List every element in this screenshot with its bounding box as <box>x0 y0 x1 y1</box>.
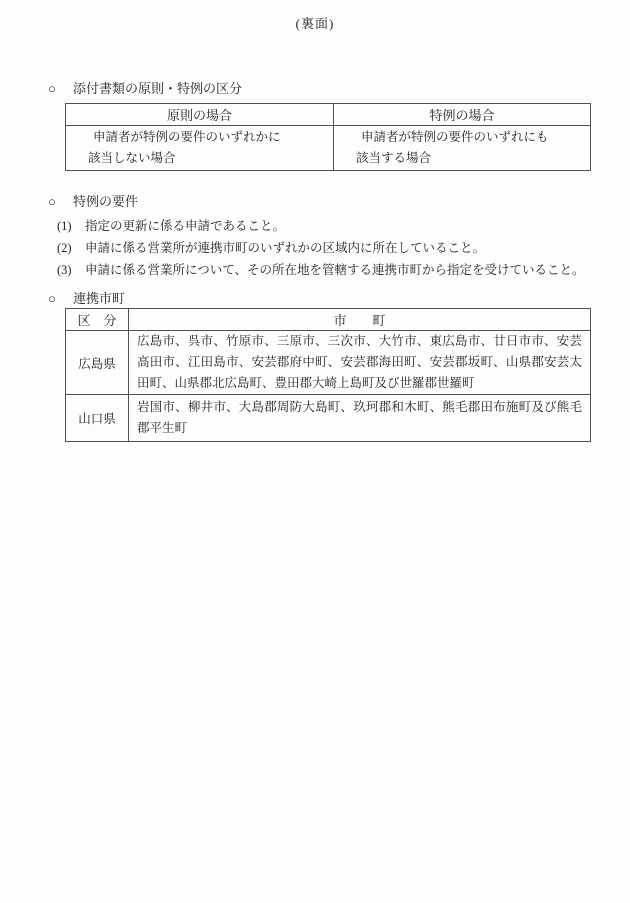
principle-case-header: 原則の場合 <box>66 104 334 126</box>
item-number: (3) <box>57 259 85 281</box>
exception-case-header: 特例の場合 <box>334 104 591 126</box>
item-number: (2) <box>57 237 85 259</box>
principle-case-cell: 申請者が特例の要件のいずれかに 該当しない場合 <box>66 126 334 171</box>
municipalities-cell: 広島市、呉市、竹原市、三原市、三次市、大竹市、東広島市、廿日市市、安芸高田市、江… <box>129 331 591 395</box>
backside-label: (裏面) <box>0 13 630 32</box>
classification-header: 区 分 <box>66 309 129 331</box>
prefecture-cell: 広島県 <box>66 331 129 395</box>
circle-bullet-icon: ○ <box>48 194 73 210</box>
section-municipalities-heading: ○ 連携市町 <box>48 291 125 307</box>
municipalities-table: 区 分 市 町 広島県 広島市、呉市、竹原市、三原市、三次市、大竹市、東広島市、… <box>65 308 591 442</box>
section-requirements-heading: ○ 特例の要件 <box>48 194 138 210</box>
list-item: (3) 申請に係る営業所について、その所在地を管轄する連携市町から指定を受けてい… <box>57 259 585 281</box>
table-row: 申請者が特例の要件のいずれかに 該当しない場合 申請者が特例の要件のいずれにも … <box>66 126 591 171</box>
table-header-row: 区 分 市 町 <box>66 309 591 331</box>
item-text: 申請に係る営業所について、その所在地を管轄する連携市町から指定を受けていること。 <box>85 259 585 281</box>
circle-bullet-icon: ○ <box>48 291 73 307</box>
table-row: 広島県 広島市、呉市、竹原市、三原市、三次市、大竹市、東広島市、廿日市市、安芸高… <box>66 331 591 395</box>
section-municipalities-title: 連携市町 <box>73 291 125 307</box>
section-attachment-title: 添付書類の原則・特例の区分 <box>73 81 242 97</box>
list-item: (2) 申請に係る営業所が連携市町のいずれかの区域内に所在していること。 <box>57 237 585 259</box>
prefecture-cell: 山口県 <box>66 395 129 442</box>
exception-case-cell: 申請者が特例の要件のいずれにも 該当する場合 <box>334 126 591 171</box>
list-item: (1) 指定の更新に係る申請であること。 <box>57 215 585 237</box>
requirements-list: (1) 指定の更新に係る申請であること。 (2) 申請に係る営業所が連携市町のい… <box>57 215 585 281</box>
section-attachment-heading: ○ 添付書類の原則・特例の区分 <box>48 81 242 97</box>
municipalities-cell: 岩国市、柳井市、大島郡周防大島町、玖珂郡和木町、熊毛郡田布施町及び熊毛郡平生町 <box>129 395 591 442</box>
item-number: (1) <box>57 215 85 237</box>
table-row: 山口県 岩国市、柳井市、大島郡周防大島町、玖珂郡和木町、熊毛郡田布施町及び熊毛郡… <box>66 395 591 442</box>
table-header-row: 原則の場合 特例の場合 <box>66 104 591 126</box>
principle-exception-table: 原則の場合 特例の場合 申請者が特例の要件のいずれかに 該当しない場合 申請者が… <box>65 103 591 171</box>
section-requirements-title: 特例の要件 <box>73 194 138 210</box>
circle-bullet-icon: ○ <box>48 81 73 97</box>
item-text: 指定の更新に係る申請であること。 <box>85 215 285 237</box>
document-page: (裏面) ○ 添付書類の原則・特例の区分 原則の場合 特例の場合 申請者が特例の… <box>0 0 630 903</box>
municipality-header: 市 町 <box>129 309 591 331</box>
item-text: 申請に係る営業所が連携市町のいずれかの区域内に所在していること。 <box>85 237 485 259</box>
